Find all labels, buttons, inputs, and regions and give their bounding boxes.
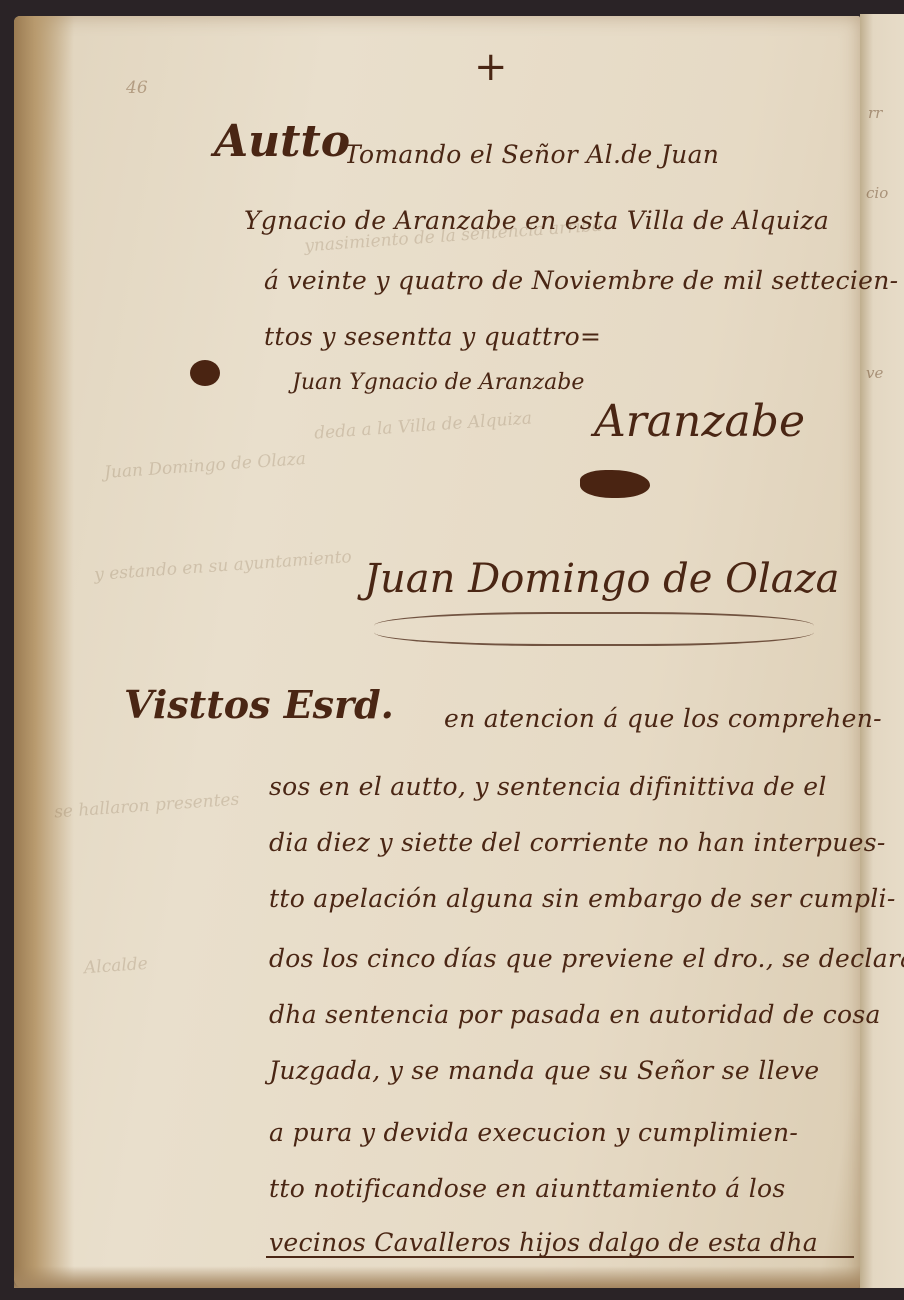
manuscript-page: 46 ynasimiento de la sentencia arriba Ju… <box>14 16 860 1288</box>
text-line: ttos y sesentta y quattro= <box>264 322 601 351</box>
signatory-name: Juan Ygnacio de Aranzabe <box>292 370 584 395</box>
bleed-text: rr <box>868 104 882 122</box>
bleed-through-text: y estando en su ayuntamiento <box>94 547 353 585</box>
cross-mark: + <box>474 44 508 90</box>
bleed-through-text: se hallaron presentes <box>54 790 240 823</box>
folio-number: 46 <box>126 78 148 98</box>
bleed-text: cio <box>866 184 888 202</box>
text-line: dia diez y siette del corriente no han i… <box>269 828 886 857</box>
adjacent-page-edge: rr cio ve <box>860 14 904 1288</box>
section-heading-auto: Autto <box>214 116 350 167</box>
bleed-through-text: deda a la Villa de Alquiza <box>314 408 533 443</box>
text-line: a pura y devida execucion y cumplimien- <box>269 1118 798 1147</box>
bleed-through-text: Alcalde <box>83 954 148 978</box>
text-line: dos los cinco días que previene el dro.,… <box>269 944 904 973</box>
text-line: Ygnacio de Aranzabe en esta Villa de Alq… <box>244 206 829 235</box>
text-line: Tomando el Señor Al.de Juan <box>344 140 719 169</box>
section-heading-vistos: Visttos Esrd. <box>124 682 394 727</box>
signature-notary: Juan Domingo de Olaza <box>364 556 840 602</box>
text-line: dha sentencia por pasada en autoridad de… <box>269 1000 881 1029</box>
text-line: sos en el autto, y sentencia difinittiva… <box>269 772 827 801</box>
text-line: á veinte y quatro de Noviembre de mil se… <box>264 266 898 295</box>
closing-underline <box>266 1256 854 1258</box>
ink-blot <box>190 360 220 386</box>
text-line: tto notificandose en aiunttamiento á los <box>269 1174 785 1203</box>
text-line: tto apelación alguna sin embargo de ser … <box>269 884 896 913</box>
bleed-text: ve <box>866 364 883 382</box>
bleed-through-text: Juan Domingo de Olaza <box>104 449 307 483</box>
text-line: en atencion á que los comprehen- <box>444 704 882 733</box>
text-line: vecinos Cavalleros hijos dalgo de esta d… <box>269 1228 818 1257</box>
signature-aranzabe: Aranzabe <box>594 396 805 447</box>
text-line: Juzgada, y se manda que su Señor se llev… <box>269 1056 819 1085</box>
signature-flourish <box>374 612 814 646</box>
ink-blot <box>580 470 650 498</box>
